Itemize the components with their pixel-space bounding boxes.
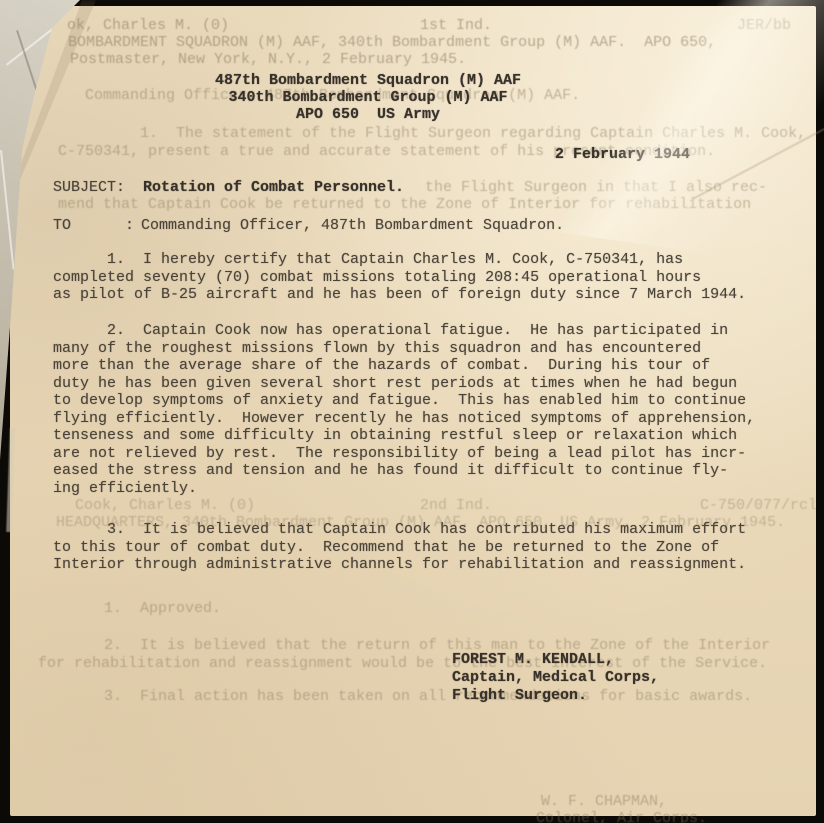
bleed-ind1-para2-line2: mend that Captain Cook be returned to th… [58, 196, 751, 214]
bleed-signature-name: W. F. CHAPMAN, [541, 793, 667, 811]
bleed-ind1-address: Postmaster, New York, N.Y., 2 February 1… [70, 51, 466, 69]
bleed-ind2-para3: 3. Final action has been taken on all re… [104, 688, 752, 706]
fold-crease-3 [0, 150, 15, 270]
bleed-ind1-label: 1st Ind. [420, 17, 492, 35]
bleed-ind1-initials: JER/bb [737, 17, 791, 35]
to-text: Commanding Officer, 487th Bombardment Sq… [141, 217, 564, 235]
letterhead-unit: 487th Bombardment Squadron (M) AAF [153, 72, 583, 89]
letterhead-group: 340th Bombardment Group (M) AAF [153, 89, 583, 106]
signature-rank: Captain, Medical Corps, [452, 669, 659, 687]
bleed-ind1-name: ok, Charles M. (0) [67, 17, 229, 35]
bleed-signature-rank: Colonel, Air Corps. [536, 810, 707, 823]
scanned-document-frame: ok, Charles M. (0) 1st Ind. JER/bb BOMBA… [0, 0, 824, 823]
subject-text: Rotation of Combat Personnel. [143, 179, 404, 197]
bleed-ind1-para1-line1: 1. The statement of the Flight Surgeon r… [140, 125, 806, 143]
paragraph-3: 3. It is believed that Captain Cook has … [53, 521, 746, 574]
paragraph-2: 2. Captain Cook now has operational fati… [53, 322, 755, 497]
bleed-ind2-para2-line1: 2. It is believed that the return of thi… [104, 637, 770, 655]
letterhead-station: APO 650 US Army [153, 106, 583, 123]
signature-title: Flight Surgeon. [452, 687, 587, 705]
document-date: 2 February 1944 [555, 146, 690, 164]
signature-name: FOREST M. KENDALL, [452, 651, 614, 669]
subject-label: SUBJECT: [53, 179, 125, 197]
paragraph-1: 1. I hereby certify that Captain Charles… [53, 251, 746, 304]
to-label: TO : [53, 217, 134, 235]
bleed-ind2-label: 2nd Ind. [420, 497, 492, 515]
bleed-ind2-name: Cook, Charles M. (0) [75, 497, 255, 515]
bleed-ind2-initials: C-750/077/rcl [700, 497, 817, 515]
bleed-ind1-hq: BOMBARDMENT SQUADRON (M) AAF, 340th Bomb… [68, 34, 716, 52]
bleed-ind2-para1: 1. Approved. [104, 600, 221, 618]
